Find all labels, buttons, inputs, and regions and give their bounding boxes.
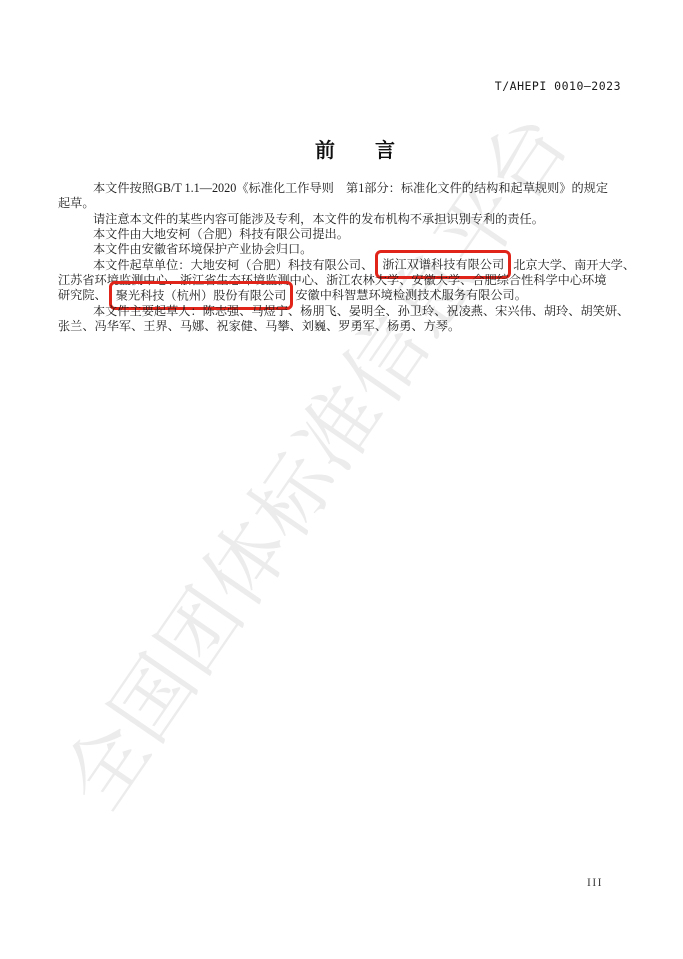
page-title: 前 言 — [315, 134, 395, 163]
foreword-body: 本文件按照GB/T 1.1—2020《标准化工作导则 第1部分：标准化文件的结构… — [58, 181, 628, 334]
standard-doc-code: T/AHEPI 0010—2023 — [495, 79, 621, 93]
foreword-line: 本文件起草单位：大地安柯（合肥）科技有限公司、浙江双谱科技有限公司北京大学、南开… — [58, 258, 628, 273]
foreword-line: 张兰、冯华军、王界、马娜、祝家健、马攀、刘巍、罗勇军、杨勇、方琴。 — [58, 319, 628, 334]
foreword-text: 北京大学、南开大学、 — [513, 258, 635, 272]
foreword-text: 研究院、 — [58, 288, 107, 302]
foreword-line: 本文件由大地安柯（合肥）科技有限公司提出。 — [58, 227, 628, 242]
foreword-text: 本文件由安徽省环境保护产业协会归口。 — [93, 242, 312, 256]
foreword-text: 本文件按照GB/T 1.1—2020《标准化工作导则 第1部分：标准化文件的结构… — [93, 181, 608, 195]
foreword-line: 请注意本文件的某些内容可能涉及专利，本文件的发布机构不承担识别专利的责任。 — [58, 212, 628, 227]
foreword-text: 本文件由大地安柯（合肥）科技有限公司提出。 — [93, 227, 349, 241]
foreword-text: 本文件主要起草人：陈志强、马煜宁、杨朋飞、晏明全、孙卫玲、祝凌燕、宋兴伟、胡玲、… — [93, 304, 629, 318]
foreword-line: 研究院、聚光科技（杭州）股份有限公司安徽中科智慧环境检测技术服务有限公司。 — [58, 288, 628, 303]
foreword-line: 本文件主要起草人：陈志强、马煜宁、杨朋飞、晏明全、孙卫玲、祝凌燕、宋兴伟、胡玲、… — [58, 304, 628, 319]
page-number: III — [587, 877, 603, 889]
foreword-text: 起草。 — [58, 196, 95, 210]
foreword-text: 张兰、冯华军、王界、马娜、祝家健、马攀、刘巍、罗勇军、杨勇、方琴。 — [58, 319, 460, 333]
foreword-line: 本文件由安徽省环境保护产业协会归口。 — [58, 242, 628, 257]
foreword-text: 请注意本文件的某些内容可能涉及专利，本文件的发布机构不承担识别专利的责任。 — [93, 212, 544, 226]
foreword-text: 本文件起草单位：大地安柯（合肥）科技有限公司、 — [93, 258, 373, 272]
foreword-text: 安徽中科智慧环境检测技术服务有限公司。 — [295, 288, 527, 302]
foreword-line: 本文件按照GB/T 1.1—2020《标准化工作导则 第1部分：标准化文件的结构… — [58, 181, 628, 196]
document-page: 全国团体标准信息平台 T/AHEPI 0010—2023 前 言 本文件按照GB… — [0, 0, 683, 959]
foreword-line: 起草。 — [58, 196, 628, 211]
